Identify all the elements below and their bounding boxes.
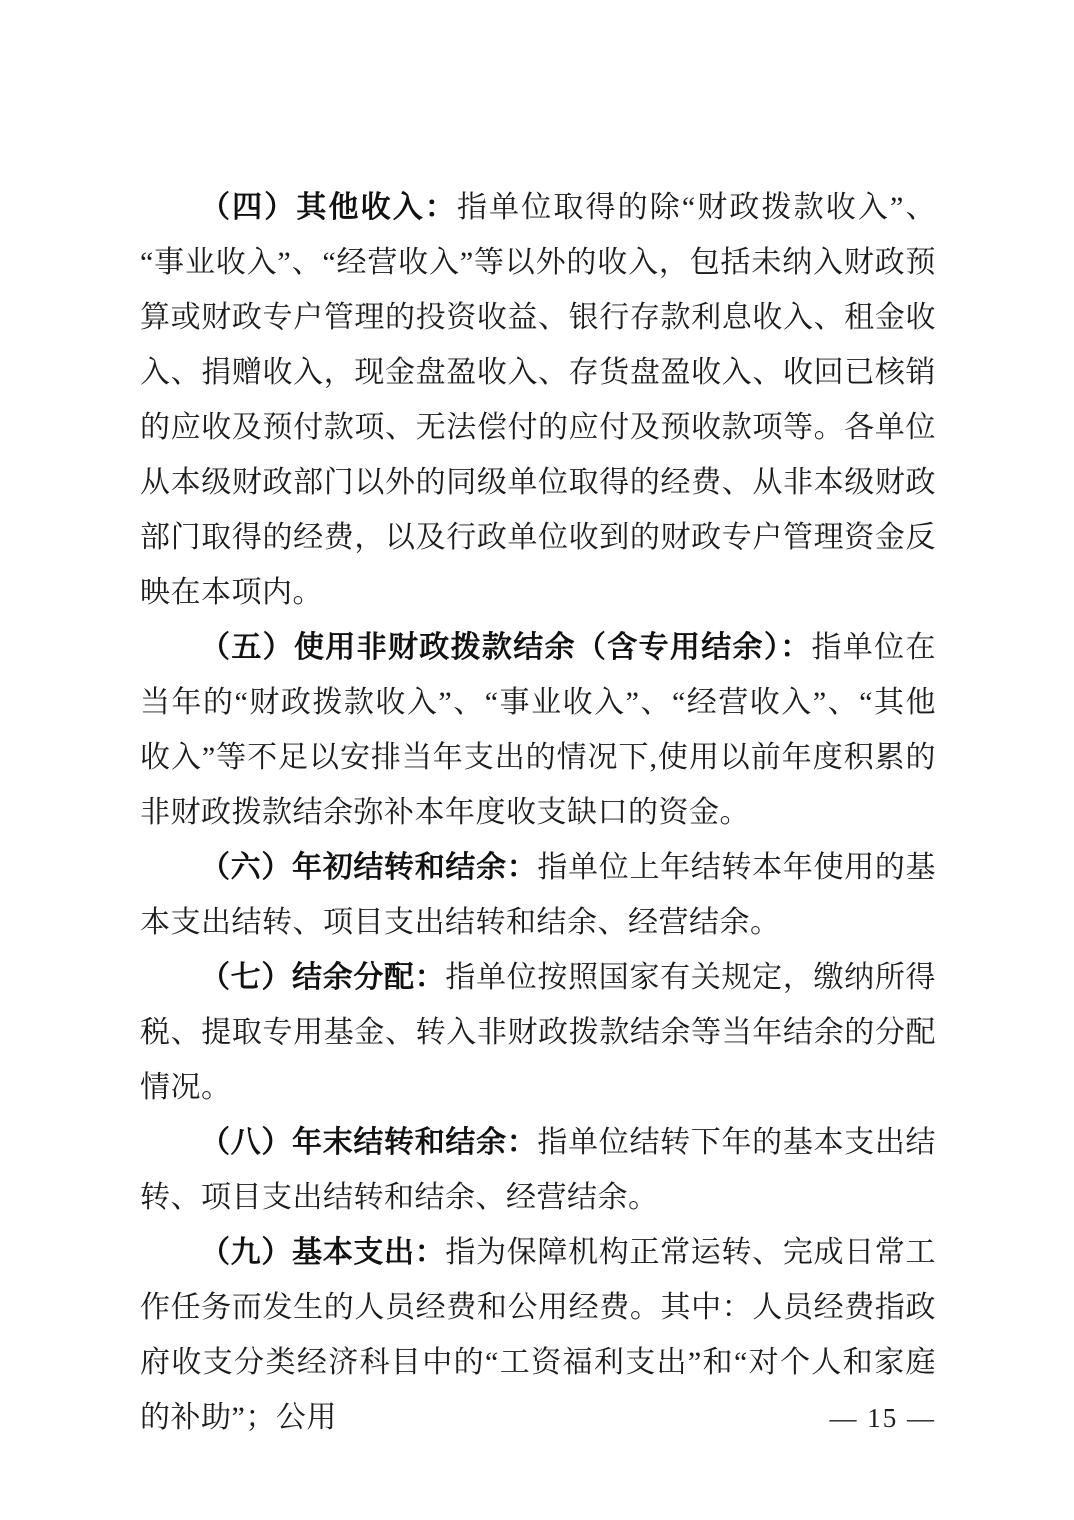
paragraph-heading: （七）结余分配： [200,961,445,994]
paragraph-beginning-year-carryover: （六）年初结转和结余：指单位上年结转本年使用的基本支出结转、项目支出结转和结余、… [140,840,936,950]
document-page: （四）其他收入：指单位取得的除“财政拨款收入”、“事业收入”、“经营收入”等以外… [0,0,1074,1520]
page-number: — 15 — [830,1403,937,1433]
paragraph-surplus-distribution: （七）结余分配：指单位按照国家有关规定，缴纳所得税、提取专用基金、转入非财政拨款… [140,950,936,1115]
paragraph-heading: （八）年末结转和结余： [200,1126,537,1159]
paragraph-heading: （四）其他收入： [200,191,457,224]
paragraph-other-income: （四）其他收入：指单位取得的除“财政拨款收入”、“事业收入”、“经营收入”等以外… [140,180,936,620]
page-footer: — 15 — [830,1398,937,1438]
paragraph-heading: （六）年初结转和结余： [200,851,537,884]
paragraph-text: 指单位取得的除“财政拨款收入”、“事业收入”、“经营收入”等以外的收入，包括未纳… [140,191,936,609]
document-body: （四）其他收入：指单位取得的除“财政拨款收入”、“事业收入”、“经营收入”等以外… [140,180,936,1445]
paragraph-basic-expenditure: （九）基本支出：指为保障机构正常运转、完成日常工作任务而发生的人员经费和公用经费… [140,1225,936,1445]
paragraph-use-nonfiscal-surplus: （五）使用非财政拨款结余（含专用结余）：指单位在当年的“财政拨款收入”、“事业收… [140,620,936,840]
paragraph-heading: （五）使用非财政拨款结余（含专用结余）： [200,631,812,664]
paragraph-heading: （九）基本支出： [200,1236,445,1269]
paragraph-year-end-carryover: （八）年末结转和结余：指单位结转下年的基本支出结转、项目支出结转和结余、经营结余… [140,1115,936,1225]
